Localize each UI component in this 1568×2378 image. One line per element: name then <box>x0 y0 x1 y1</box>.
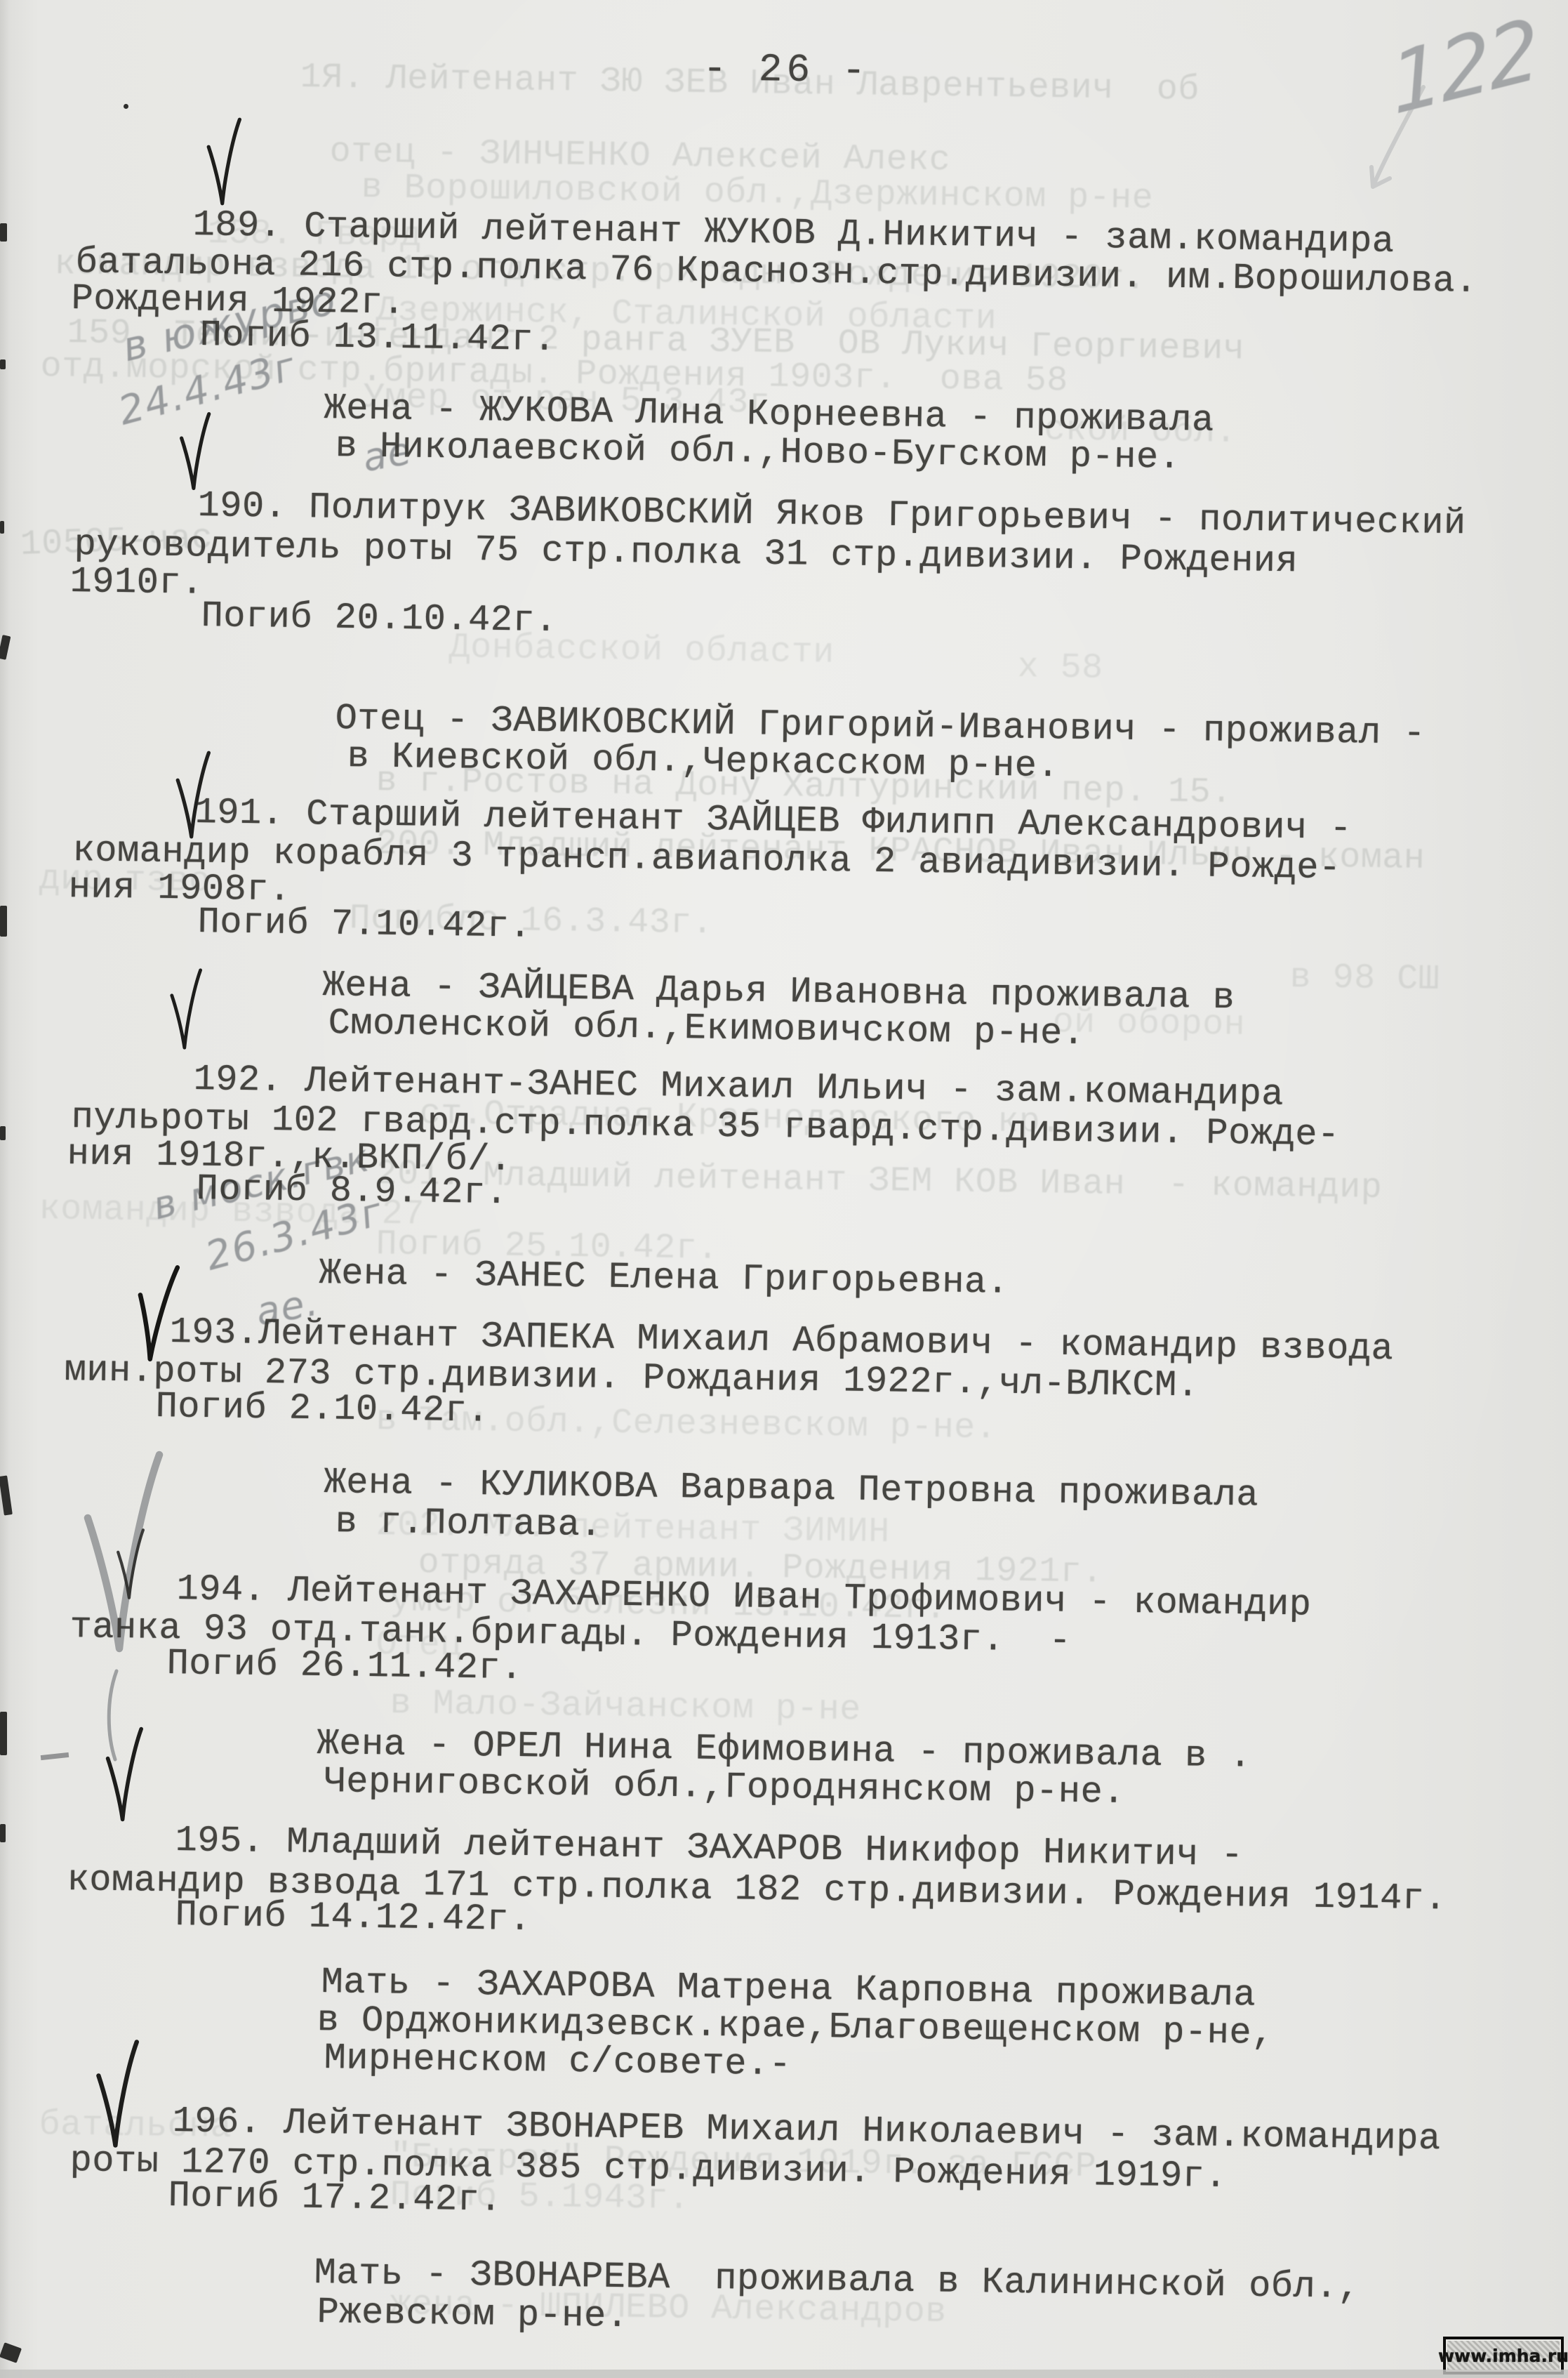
entry-line: Погиб 8.9.42г. <box>196 1171 508 1212</box>
bleedthrough-text: 201. Младший лейтенант ЗЕМ КОВ Иван - ко… <box>376 1157 1382 1206</box>
scan-speck <box>124 104 128 109</box>
entry-line: Погиб 20.10.42г. <box>201 598 557 640</box>
family-line: в г.Полтава. <box>335 1504 602 1544</box>
checkmark-icon <box>177 411 212 491</box>
scan-speck <box>0 1824 6 1842</box>
entry-line: Погиб 2.10.42г. <box>155 1389 489 1430</box>
checkmark-icon <box>168 956 202 1062</box>
checkmark-icon <box>205 112 241 211</box>
scan-speck <box>0 359 6 369</box>
family-line: Мирненском с/совете.- <box>324 2040 791 2083</box>
scan-speck <box>0 1712 7 1755</box>
family-line: в Киевской обл.,Черкасском р-не. <box>347 739 1059 785</box>
entry-line: 1910г. <box>69 564 204 602</box>
entry-line: Погиб 17.2.42г. <box>168 2178 502 2219</box>
entry-line: Погиб 7.10.42г. <box>197 904 531 946</box>
scan-speck <box>0 521 4 534</box>
margin-dash <box>41 1752 69 1760</box>
scan-speck <box>0 1126 6 1140</box>
entry-line: Погиб 13.11.42г. <box>199 317 556 359</box>
pencil-arrow-icon <box>1356 83 1433 195</box>
scan-speck <box>0 223 7 242</box>
scan-speck <box>0 1475 13 1515</box>
page-number: - 26 - <box>703 49 870 91</box>
bleedthrough-text: х 58 <box>1017 650 1103 687</box>
watermark-box: www.imha.ru <box>1443 2337 1564 2374</box>
scanned-document-page: 1Я. Лейтенант ЗЮ ЗЕВ Иван Лаврентьевич о… <box>0 0 1568 2378</box>
checkmark-icon <box>114 1527 146 1601</box>
scan-speck <box>0 635 11 660</box>
scan-speck <box>0 906 7 937</box>
checkmark-icon <box>104 1707 143 1841</box>
watermark-text: www.imha.ru <box>1438 2346 1568 2366</box>
family-line: Жена - ЗАНЕС Елена Григорьевна. <box>319 1255 1009 1302</box>
family-line: в Николаевской обл.,Ново-Бугском р-не. <box>335 428 1181 477</box>
entry-line: Погиб 14.12.42г. <box>175 1897 531 1938</box>
bleedthrough-text: в Мало-Зайчанском р-не <box>390 1686 861 1728</box>
family-line: Ржевском р-не. <box>317 2294 629 2335</box>
scan-speck <box>0 2342 22 2363</box>
entry-line: Погиб 26.11.42г. <box>166 1646 523 1687</box>
scan-bottom-edge <box>0 2370 1568 2378</box>
bleedthrough-text: в 98 СШ <box>1289 960 1440 998</box>
family-line: Черниговской обл.,Городнянском р-не. <box>324 1764 1125 1811</box>
family-line: Смоленской обл.,Екимовичском р-не. <box>328 1005 1085 1052</box>
